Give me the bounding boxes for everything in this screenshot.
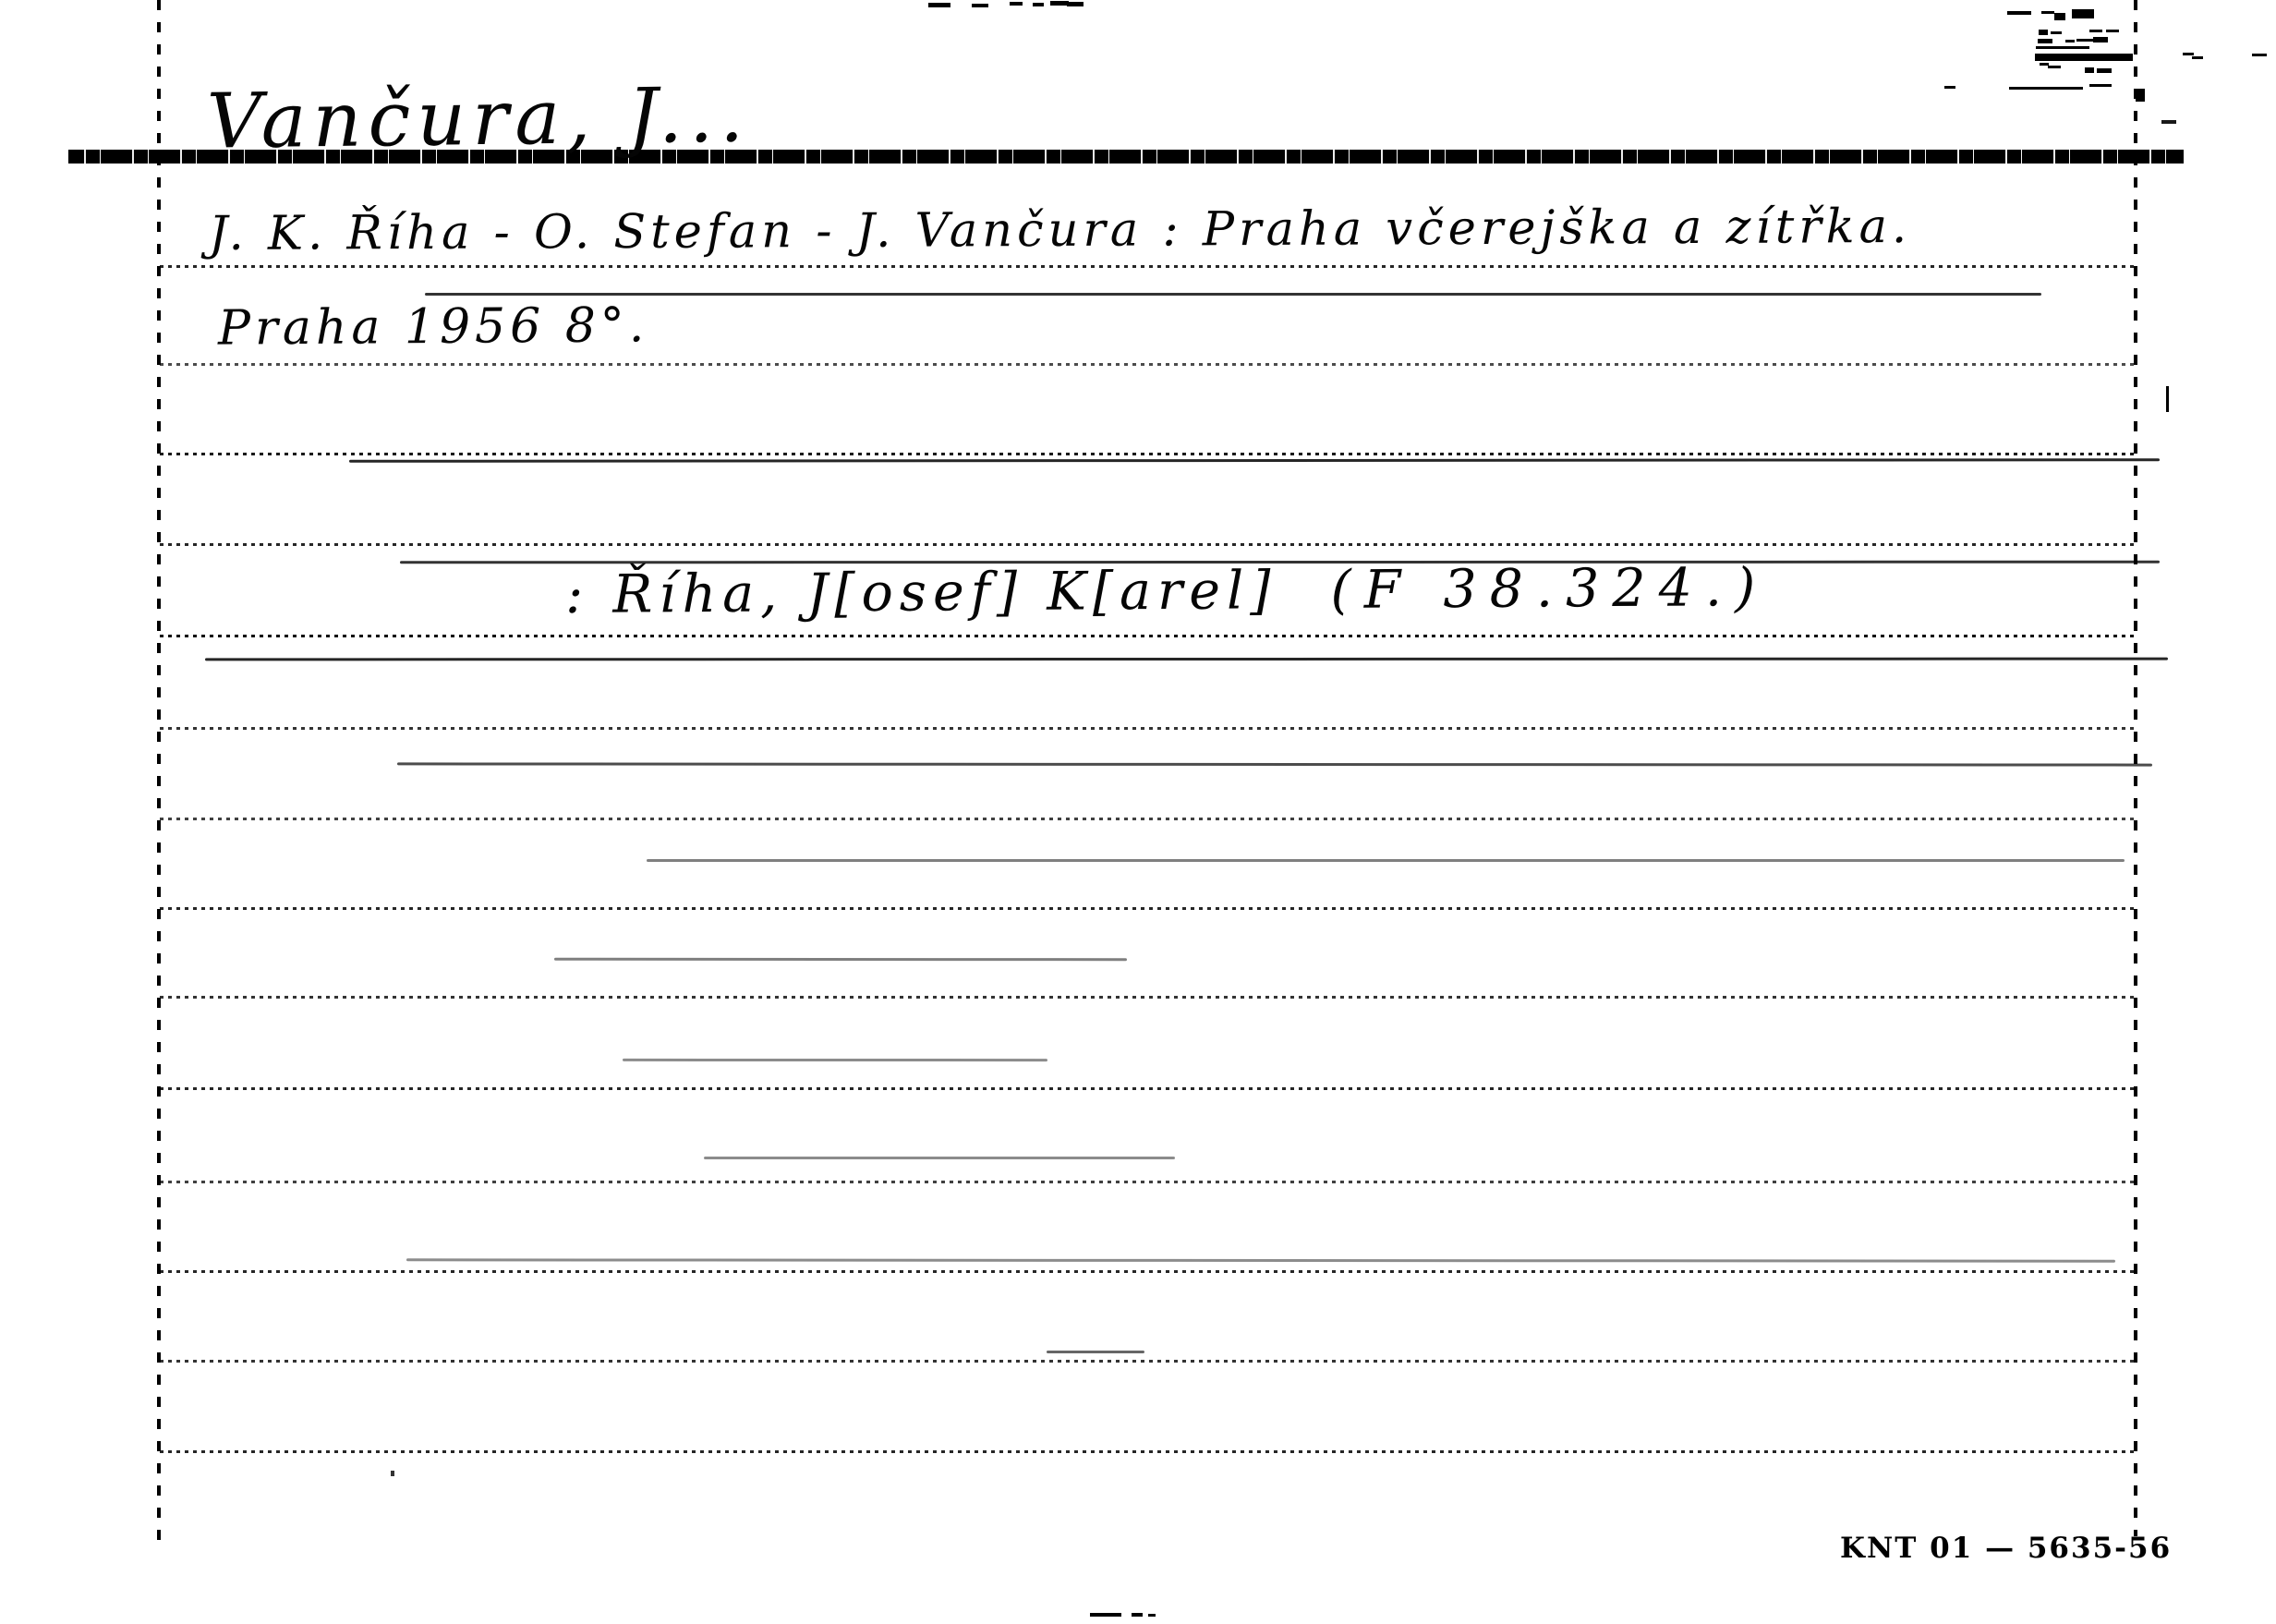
scan-streak xyxy=(704,1157,1175,1159)
scan-noise-mark xyxy=(2252,54,2267,56)
scan-streak xyxy=(205,658,2168,661)
scan-noise-mark xyxy=(1050,1,1069,6)
cross-reference-name: : Říha, J[osef] K[arel] xyxy=(565,564,1277,622)
ruled-dotted-line xyxy=(160,1360,2137,1363)
scan-noise-mark xyxy=(2166,386,2169,412)
scan-noise-mark xyxy=(2192,56,2203,59)
scan-noise-mark xyxy=(2007,11,2031,15)
cross-reference-note: : Říha, J[osef] K[arel] (F 38.324.) xyxy=(565,562,1769,622)
right-margin-dashed-line xyxy=(2134,0,2137,1536)
scan-streak xyxy=(623,1059,1047,1061)
scan-noise-mark xyxy=(2106,30,2119,32)
scan-noise-mark xyxy=(2089,84,2112,87)
scan-noise-mark xyxy=(2136,89,2145,102)
ruled-dotted-line xyxy=(160,635,2137,637)
entry-imprint-line: Praha 1956 8°. xyxy=(218,301,649,352)
ruled-dotted-line xyxy=(160,1270,2137,1273)
scan-noise-mark xyxy=(2035,54,2133,61)
scan-noise-mark xyxy=(1067,2,1084,6)
scan-noise-mark xyxy=(2120,55,2133,60)
scan-noise-mark xyxy=(1148,1614,1156,1617)
scan-streak xyxy=(349,458,2160,463)
heading-author: Vančura, J... xyxy=(207,78,751,160)
ruled-dotted-line xyxy=(160,996,2137,999)
scan-streak xyxy=(647,859,2125,862)
scan-noise-mark xyxy=(2085,67,2094,73)
ruled-dotted-line xyxy=(160,1450,2137,1453)
shelfmark-number: (F 38.324.) xyxy=(1330,562,1768,617)
ruled-dotted-line xyxy=(160,543,2137,546)
scan-noise-mark xyxy=(2039,30,2048,35)
scan-streak xyxy=(406,1258,2115,1262)
scan-noise-mark xyxy=(1033,3,1044,6)
catalog-card: Vančura, J... J. K. Říha - O. Stefan - J… xyxy=(0,0,2276,1624)
ruled-dotted-line xyxy=(160,453,2137,455)
scan-noise-mark xyxy=(2161,120,2176,124)
scan-noise-mark xyxy=(2038,39,2052,43)
scan-noise-mark xyxy=(2097,68,2112,73)
ruled-dotted-line xyxy=(160,907,2137,910)
scan-noise-mark xyxy=(391,1471,394,1476)
ruled-dotted-line xyxy=(160,1087,2137,1090)
entry-authors-title-line: J. K. Říha - O. Stefan - J. Vančura : Pr… xyxy=(209,203,1911,258)
scan-noise-mark xyxy=(2041,11,2054,14)
scan-streak xyxy=(425,293,2041,296)
scan-noise-mark xyxy=(1010,2,1023,6)
scan-noise-mark xyxy=(972,4,988,7)
scan-noise-mark xyxy=(928,3,950,7)
card-print-code: KNT 01 — 5635-56 xyxy=(1840,1532,2172,1565)
scan-noise-mark xyxy=(1944,86,1955,89)
scan-noise-mark xyxy=(2089,30,2102,32)
scan-streak xyxy=(1047,1351,1144,1353)
ruled-dotted-line xyxy=(160,1181,2137,1183)
left-margin-dashed-line xyxy=(157,0,161,1541)
scan-noise-mark xyxy=(1132,1613,1143,1617)
ruled-dotted-line xyxy=(160,363,2137,366)
scan-noise-mark xyxy=(2183,53,2194,55)
scan-noise-mark xyxy=(2048,66,2061,68)
ruled-dotted-line xyxy=(160,727,2137,730)
scan-noise-mark xyxy=(2072,9,2094,18)
scan-streak xyxy=(554,958,1127,961)
scan-noise-mark xyxy=(2036,46,2089,49)
ruled-dotted-line xyxy=(160,265,2137,268)
scan-noise-mark xyxy=(2093,37,2108,42)
scan-noise-mark xyxy=(2054,13,2065,20)
scan-noise-mark xyxy=(2051,31,2062,34)
ruled-dotted-line xyxy=(160,818,2137,820)
scan-streak xyxy=(397,762,2152,766)
scan-noise-mark xyxy=(1090,1613,1121,1617)
scan-noise-mark xyxy=(2065,40,2075,42)
scan-noise-mark xyxy=(2009,87,2083,90)
